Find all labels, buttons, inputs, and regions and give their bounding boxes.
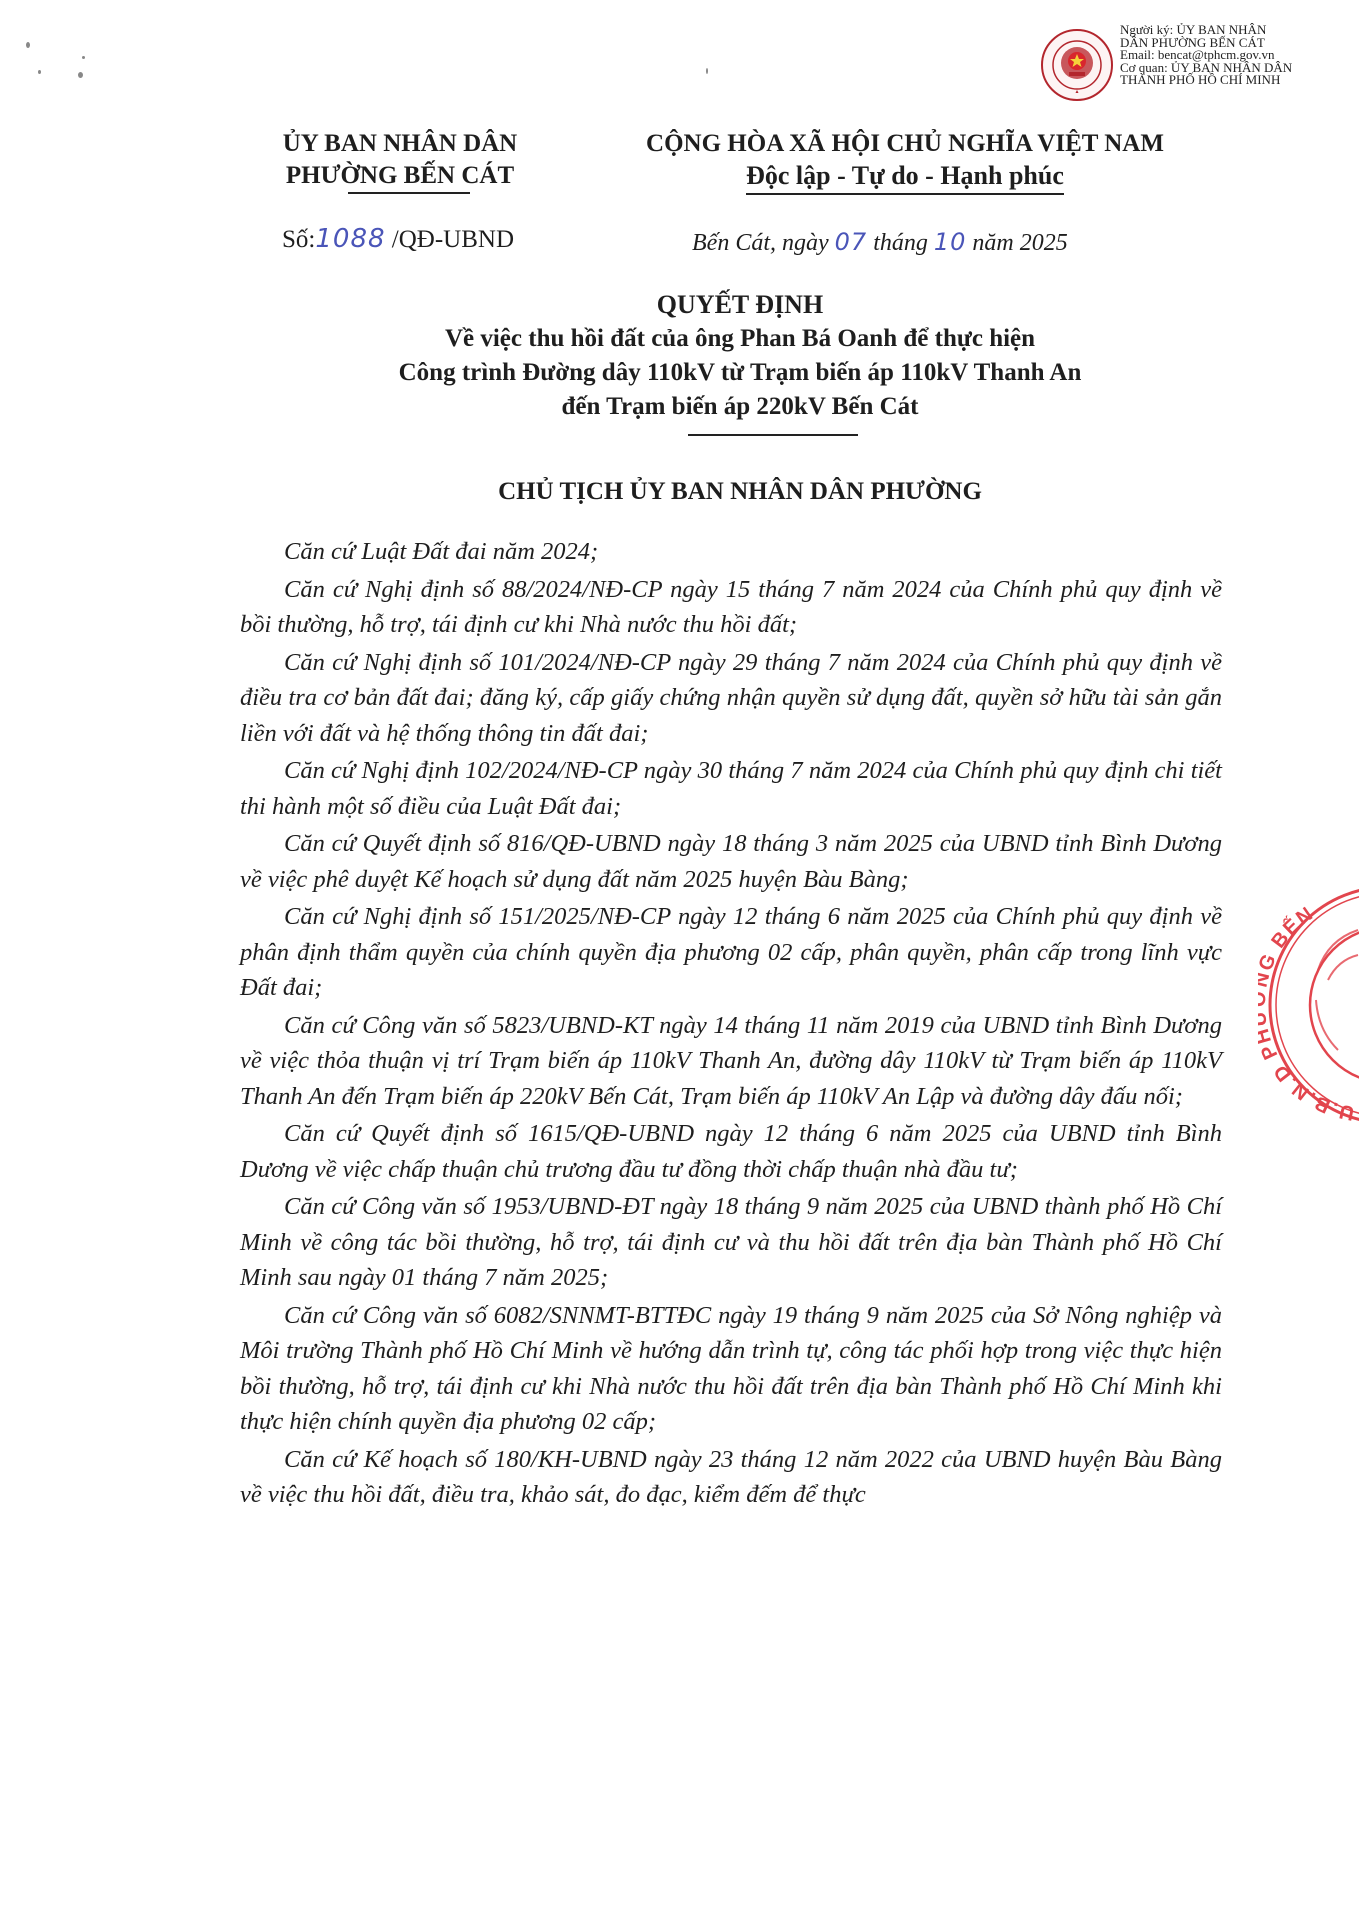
- handwritten-day: 07: [835, 228, 868, 256]
- national-heading: CỘNG HÒA XÃ HỘI CHỦ NGHĨA VIỆT NAM Độc l…: [600, 128, 1210, 195]
- digital-signature-info: Người ký: ỦY BAN NHÂN DÂN PHƯỜNG BẾN CÁT…: [1120, 24, 1292, 87]
- legal-basis-item: Căn cứ Luật Đất đai năm 2024;: [240, 534, 1222, 570]
- vietnam-emblem-seal-icon: [1040, 28, 1114, 102]
- issuer-line1: ỦY BAN NHÂN DÂN: [240, 128, 560, 160]
- legal-basis-item: Căn cứ Công văn số 6082/SNNMT-BTTĐC ngày…: [240, 1298, 1222, 1440]
- legal-basis-item: Căn cứ Quyết định số 1615/QĐ-UBND ngày 1…: [240, 1116, 1222, 1187]
- handwritten-number: 1088: [315, 224, 385, 254]
- title-main: QUYẾT ĐỊNH: [280, 288, 1200, 322]
- document-number: Số:1088 /QĐ-UBND: [282, 224, 514, 254]
- legal-basis-item: Căn cứ Nghị định số 151/2025/NĐ-CP ngày …: [240, 899, 1222, 1006]
- date-month-label: tháng: [873, 230, 934, 256]
- handwritten-month: 10: [934, 228, 967, 256]
- number-suffix: /QĐ-UBND: [386, 226, 514, 253]
- issuer-underline: [348, 192, 470, 194]
- legal-basis-item: Căn cứ Công văn số 1953/UBND-ĐT ngày 18 …: [240, 1189, 1222, 1296]
- title-subtitle-line: Công trình Đường dây 110kV từ Trạm biến …: [280, 356, 1200, 390]
- scan-speck: [38, 70, 41, 74]
- legal-basis-item: Căn cứ Kế hoạch số 180/KH-UBND ngày 23 t…: [240, 1442, 1222, 1513]
- authority-heading: CHỦ TỊCH ỦY BAN NHÂN DÂN PHƯỜNG: [280, 478, 1200, 506]
- legal-bases: Căn cứ Luật Đất đai năm 2024; Căn cứ Ngh…: [240, 534, 1222, 1515]
- issuer-heading: ỦY BAN NHÂN DÂN PHƯỜNG BẾN CÁT: [240, 128, 560, 192]
- scan-speck: [78, 72, 83, 78]
- legal-basis-item: Căn cứ Quyết định số 816/QĐ-UBND ngày 18…: [240, 826, 1222, 897]
- issuer-line2: PHƯỜNG BẾN CÁT: [240, 160, 560, 192]
- date-year: năm 2025: [966, 230, 1067, 256]
- red-official-stamp-icon: U.B.N.D PHƯỜNG BẾN: [1258, 880, 1359, 1130]
- scan-speck: [82, 56, 85, 59]
- national-motto: Độc lập - Tự do - Hạnh phúc: [746, 160, 1064, 195]
- document-date: Bến Cát, ngày 07 tháng 10 năm 2025: [692, 228, 1068, 257]
- legal-basis-item: Căn cứ Nghị định số 101/2024/NĐ-CP ngày …: [240, 645, 1222, 752]
- date-prefix: Bến Cát, ngày: [692, 230, 835, 256]
- number-prefix: Số:: [282, 226, 315, 253]
- legal-basis-item: Căn cứ Nghị định 102/2024/NĐ-CP ngày 30 …: [240, 753, 1222, 824]
- scan-speck: [26, 42, 30, 48]
- legal-basis-item: Căn cứ Công văn số 5823/UBND-KT ngày 14 …: [240, 1008, 1222, 1115]
- svg-text:U.B.N.D PHƯỜNG BẾN: U.B.N.D PHƯỜNG BẾN: [1258, 902, 1356, 1124]
- legal-basis-item: Căn cứ Nghị định số 88/2024/NĐ-CP ngày 1…: [240, 572, 1222, 643]
- signature-line: THÀNH PHỐ HỒ CHÍ MINH: [1120, 74, 1292, 87]
- title-divider: [688, 434, 858, 436]
- title-subtitle-line: Về việc thu hồi đất của ông Phan Bá Oanh…: [280, 322, 1200, 356]
- scan-speck: [706, 68, 708, 74]
- decision-title: QUYẾT ĐỊNH Về việc thu hồi đất của ông P…: [280, 288, 1200, 424]
- title-subtitle-line: đến Trạm biến áp 220kV Bến Cát: [280, 390, 1200, 424]
- nation-name: CỘNG HÒA XÃ HỘI CHỦ NGHĨA VIỆT NAM: [600, 128, 1210, 160]
